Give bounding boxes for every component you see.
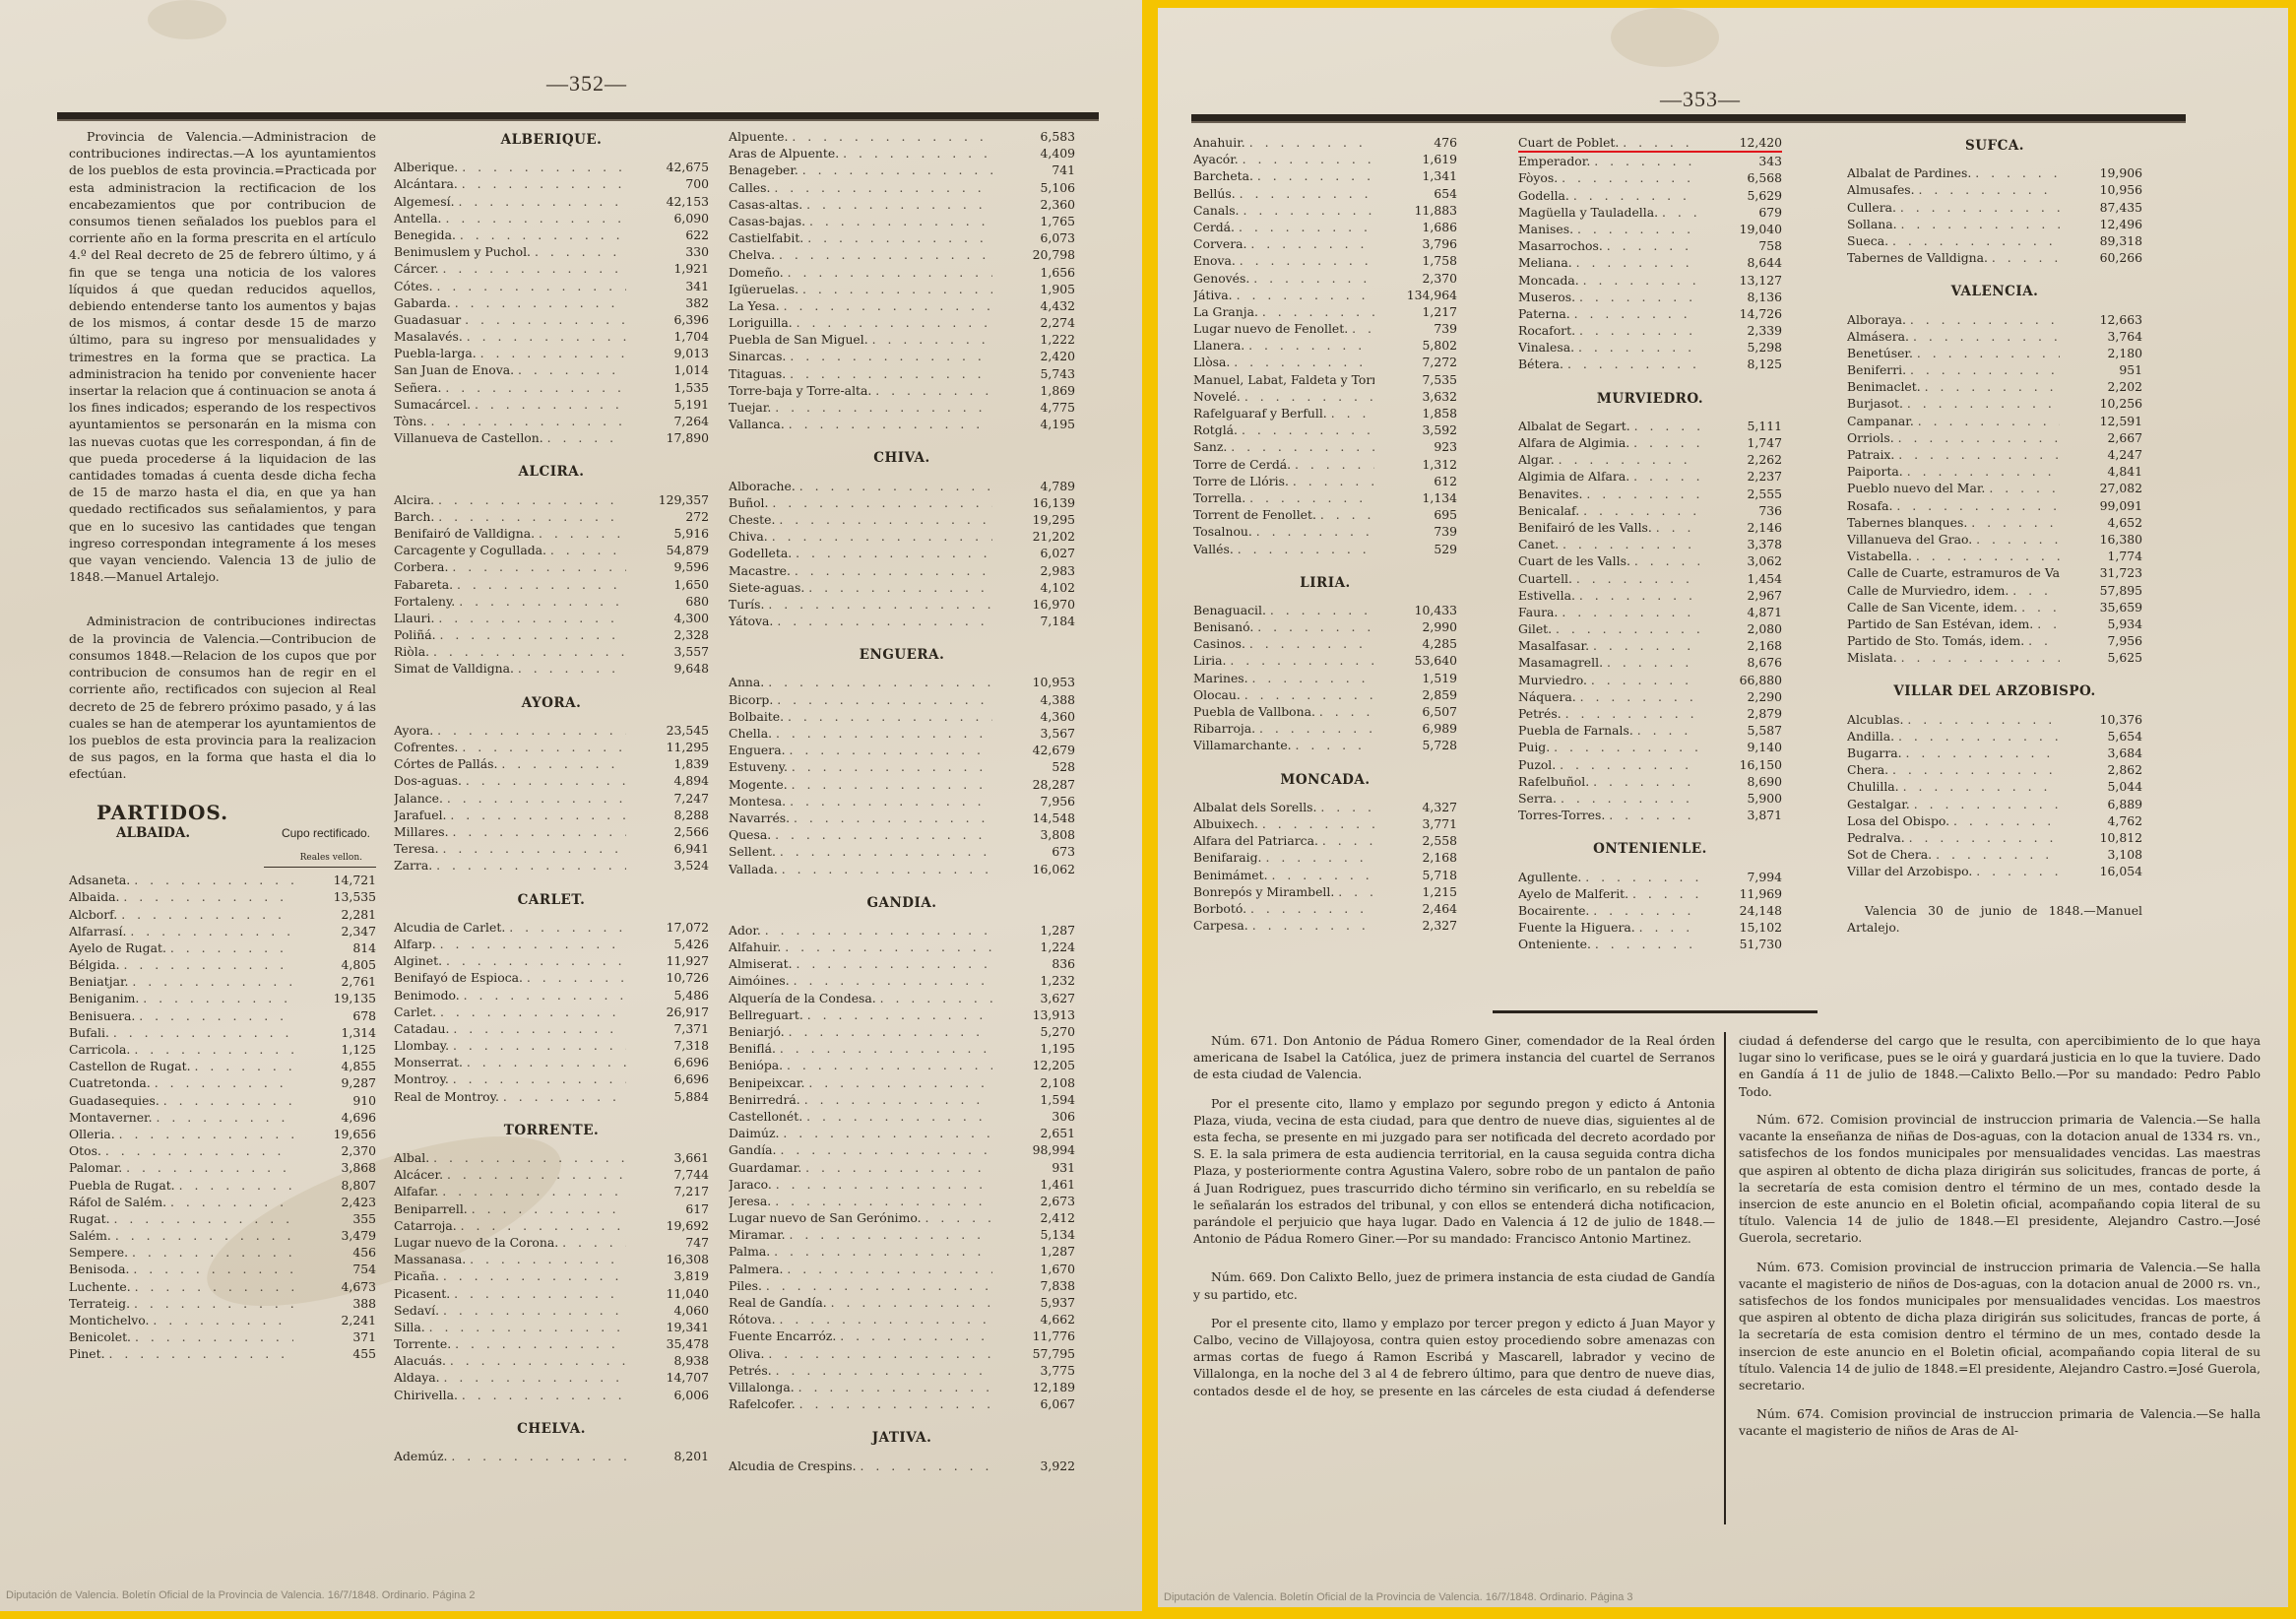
list-item: Bugarra. 3,684 [1847,745,2142,761]
list-item: Rosafa. 99,091 [1847,497,2142,514]
section-torrente: TORRENTE.Albal. 3,661Alcácer. 7,744Alfaf… [394,1123,709,1417]
list-item: Calle de Murviedro, idem. 57,895 [1847,582,2142,599]
cupo-value: 5,426 [626,936,709,952]
cupo-value: 42,675 [626,159,709,175]
town-name: Puebla de San Miguel. [729,331,992,348]
cupo-value: 2,339 [1699,322,1782,339]
list-item: Beniarjó. 5,270 [729,1023,1075,1040]
town-name: La Yesa. [729,297,992,314]
town-name: Onteniente. [1518,936,1699,952]
list-item: Palmera. 1,670 [729,1261,1075,1277]
list-item: Museros. 8,136 [1518,289,1782,305]
list-item: Simat de Valldigna. 9,648 [394,660,709,677]
list-item: Torre de Llóris. 612 [1193,473,1457,489]
town-name: Ayacór. [1193,151,1374,167]
town-name: Petrés. [729,1362,992,1379]
section-alcira: ALCIRA.Alcira. 129,357Barch. 272Benifair… [394,464,709,690]
town-name: Canet. [1518,536,1699,552]
list-item: Alpuente. 6,583 [729,128,1075,145]
cupo-value: 99,091 [2060,497,2142,514]
cupo-value: 12,205 [992,1057,1075,1073]
cupo-value: 2,180 [2060,345,2142,361]
town-name: Alcudia de Carlet. [394,919,626,936]
list-item: Massanasa. 16,308 [394,1251,709,1267]
cupo-value: 1,656 [992,264,1075,281]
town-name: Bellreguart. [729,1006,992,1023]
town-name: Godelleta. [729,545,992,561]
town-name: Benirredrá. [729,1091,992,1108]
list-item: Fòyos. 6,568 [1518,169,1782,186]
town-name: Piles. [729,1277,992,1294]
cupo-value: 1,704 [626,328,709,345]
town-name: Vallada. [729,861,992,877]
list-item: Cárcer. 1,921 [394,260,709,277]
cupo-value: 5,916 [626,525,709,542]
town-name: Dos-aguas. [394,772,626,789]
town-name: Chelva. [729,246,992,263]
list-item: Turís. 16,970 [729,596,1075,613]
town-name: Salém. [69,1227,293,1244]
list-item: Partido de San Estévan, idem. 5,934 [1847,615,2142,632]
cupo-value: 24,148 [1699,902,1782,919]
list-item: Castellon de Rugat. 4,855 [69,1058,376,1074]
town-name: Alboraya. [1847,311,2060,328]
cupo-value: 16,139 [992,494,1075,511]
town-name: Masamagrell. [1518,654,1699,671]
cupo-value: 3,592 [1374,421,1457,438]
list-item: Beniflá. 1,195 [729,1040,1075,1057]
cupo-value: 741 [992,162,1075,178]
cupo-value: 10,256 [2060,395,2142,412]
cupo-value: 19,692 [626,1217,709,1234]
town-name: Buñol. [729,494,992,511]
section-title: CHELVA. [394,1421,709,1438]
cupo-value: 2,290 [1699,688,1782,705]
town-name: Corvera. [1193,235,1374,252]
list-item: Llanera. 5,802 [1193,337,1457,354]
town-name: Monserrat. [394,1054,626,1070]
town-name: Catarroja. [394,1217,626,1234]
list-item: Torrent de Fenollet. 695 [1193,506,1457,523]
section-chelva-b: Alpuente. 6,583Aras de Alpuente. 4,409Be… [729,128,1075,446]
list-item: Alfarp. 5,426 [394,936,709,952]
cupo-value: 3,632 [1374,388,1457,405]
town-name: Beniparrell. [394,1200,626,1217]
town-name: Estivella. [1518,587,1699,604]
cupo-value: 814 [293,939,376,956]
list-item: Sedaví. 4,060 [394,1302,709,1319]
list-item: Real de Montroy. 5,884 [394,1088,709,1105]
list-item: Bétera. 8,125 [1518,356,1782,372]
town-name: Paiporta. [1847,463,2060,480]
list-item: Alfara de Algimia. 1,747 [1518,434,1782,451]
cupo-value: 19,341 [626,1319,709,1335]
cupo-value: 19,040 [1699,221,1782,237]
town-name: Llauri. [394,610,626,626]
cupo-value: 3,062 [1699,552,1782,569]
town-name: Benageber. [729,162,992,178]
town-name: Alcácer. [394,1166,626,1183]
town-name: Alberique. [394,159,626,175]
list-item: Alcborf. 2,281 [69,906,376,923]
section-title: GANDIA. [729,895,1075,912]
cupo-value: 2,412 [992,1209,1075,1226]
cupo-value: 529 [1374,541,1457,557]
town-name: Anahuir. [1193,134,1374,151]
list-item: Llauri. 4,300 [394,610,709,626]
list-item: Benavites. 2,555 [1518,486,1782,502]
cupo-value: 5,937 [992,1294,1075,1311]
cupo-value: 9,648 [626,660,709,677]
list-item: San Juan de Enova. 1,014 [394,361,709,378]
list-item: Marines. 1,519 [1193,670,1457,686]
list-item: Paterna. 14,726 [1518,305,1782,322]
second-paragraph: Administracion de contribuciones indirec… [69,613,376,782]
cupo-value: 4,247 [2060,446,2142,463]
cupo-value: 2,274 [992,314,1075,331]
list-item: Chiva. 21,202 [729,528,1075,545]
town-name: Rotglá. [1193,421,1374,438]
town-name: Benipeixcar. [729,1074,992,1091]
cupo-value: 5,191 [626,396,709,413]
list-item: Guardamar. 931 [729,1159,1075,1176]
cupo-value: 5,111 [1699,418,1782,434]
list-item: Gandía. 98,994 [729,1141,1075,1158]
list-item: Benipeixcar. 2,108 [729,1074,1075,1091]
left-column-3: Alpuente. 6,583Aras de Alpuente. 4,409Be… [729,128,1075,1488]
notice-669-continuation: ciudad á defenderse del cargo que le res… [1739,1032,2261,1099]
section-title: ALCIRA. [394,464,709,481]
cupo-value: 5,718 [1374,867,1457,883]
cupo-value: 2,108 [992,1074,1075,1091]
town-name: Benifayó de Espioca. [394,969,626,986]
right-column-1: Anahuir. 476Ayacór. 1,619Barcheta. 1,341… [1193,134,1457,947]
list-item: Manises. 19,040 [1518,221,1782,237]
cupo-value: 57,795 [992,1345,1075,1362]
list-item: Adsaneta. 14,721 [69,872,376,888]
cupo-value: 4,388 [992,691,1075,708]
cupo-value: 5,629 [1699,187,1782,204]
cupo-value: 2,651 [992,1125,1075,1141]
cupo-value: 2,464 [1374,900,1457,917]
list-item: Teresa. 6,941 [394,840,709,857]
town-name: Mogente. [729,776,992,793]
town-name: Titaguas. [729,365,992,382]
list-item: Macastre. 2,983 [729,562,1075,579]
cupo-value: 8,690 [1699,773,1782,790]
cupo-value: 1,765 [992,213,1075,229]
section-title: ALBERIQUE. [394,132,709,149]
cupo-value: 931 [992,1159,1075,1176]
town-name: Adsaneta. [69,872,293,888]
town-name: Benifairó de Valldigna. [394,525,626,542]
list-item: Albaida. 13,535 [69,888,376,905]
cupo-value: 7,184 [992,613,1075,629]
town-name: Rosafa. [1847,497,2060,514]
town-name: Rótova. [729,1311,992,1328]
list-item: Montichelvo. 2,241 [69,1312,376,1328]
town-name: Cofrentes. [394,739,626,755]
list-item: Cótes. 341 [394,278,709,294]
town-name: Terrateig. [69,1295,293,1312]
town-name: Cuart de Poblet. [1518,134,1699,151]
town-name: Real de Montroy. [394,1088,626,1105]
cupo-value: 7,956 [2060,632,2142,649]
cupo-value: 8,938 [626,1352,709,1369]
list-item: Benimaclet. 2,202 [1847,378,2142,395]
cupo-value: 2,241 [293,1312,376,1328]
town-name: Burjasot. [1847,395,2060,412]
cupo-value: 10,956 [2060,181,2142,198]
cupo-value: 3,764 [2060,328,2142,345]
list-item: Pedralva. 10,812 [1847,829,2142,846]
cupo-value: 4,300 [626,610,709,626]
cupo-value: 5,625 [2060,649,2142,666]
town-name: Játiva. [1193,287,1374,303]
list-item: Señera. 1,535 [394,379,709,396]
list-item: Fortaleny. 680 [394,593,709,610]
list-item: Puebla-larga. 9,013 [394,345,709,361]
town-name: Albuixech. [1193,815,1374,832]
town-name: Picasent. [394,1285,626,1302]
section-jativa-b: Anahuir. 476Ayacór. 1,619Barcheta. 1,341… [1193,134,1457,571]
list-item: Chera. 2,862 [1847,761,2142,778]
town-name: Jaraco. [729,1176,992,1193]
cupo-value: 2,360 [992,196,1075,213]
cupo-value: 6,889 [2060,796,2142,812]
cupo-value: 1,535 [626,379,709,396]
town-name: Tabernes blanques. [1847,514,2060,531]
list-item: Petrés. 2,879 [1518,705,1782,722]
list-item: Daimúz. 2,651 [729,1125,1075,1141]
list-item: Millares. 2,566 [394,823,709,840]
cupo-value: 1,858 [1374,405,1457,421]
cupo-value: 343 [1699,153,1782,169]
cupo-value: 754 [293,1261,376,1277]
list-item: Oliva. 57,795 [729,1345,1075,1362]
cupo-value: 14,548 [992,809,1075,826]
list-item: Estivella. 2,967 [1518,587,1782,604]
list-item: Alfara del Patriarca. 2,558 [1193,832,1457,849]
town-name: Sellent. [729,843,992,860]
town-name: Torres-Torres. [1518,807,1699,823]
cupo-value: 2,370 [1374,270,1457,287]
cupo-value: 1,905 [992,281,1075,297]
list-item: Cerdá. 1,686 [1193,219,1457,235]
town-name: Pueblo nuevo del Mar. [1847,480,2060,496]
cupo-value: 10,376 [2060,711,2142,728]
town-name: Emperador. [1518,153,1699,169]
list-item: Sumacárcel. 5,191 [394,396,709,413]
town-name: Rugat. [69,1210,293,1227]
town-name: Benicalaf. [1518,502,1699,519]
town-name: Náquera. [1518,688,1699,705]
town-name: Almiserat. [729,955,992,972]
cupo-value: 9,140 [1699,739,1782,755]
cupo-value: 8,201 [626,1448,709,1464]
section-title: AYORA. [394,695,709,712]
list-item: Sanz. 923 [1193,438,1457,455]
cupo-value: 54,879 [626,542,709,558]
town-name: Antella. [394,210,626,227]
town-name: Alfarp. [394,936,626,952]
cupo-label: Cupo rectificado. [282,825,376,842]
cupo-value: 7,371 [626,1020,709,1037]
list-item: Ademúz. 8,201 [394,1448,709,1464]
town-name: Guadasuar [394,311,626,328]
units-label: Reales vellon. [264,850,376,868]
list-item: Cuartell. 1,454 [1518,570,1782,587]
cupo-value: 10,726 [626,969,709,986]
list-item: Sot de Chera. 3,108 [1847,846,2142,863]
cupo-value: 19,906 [2060,164,2142,181]
list-item: Beniferri. 951 [1847,361,2142,378]
left-column-1: Provincia de Valencia.—Administracion de… [69,128,376,1377]
town-name: Gandía. [729,1141,992,1158]
list-item: Miramar. 5,134 [729,1226,1075,1243]
list-item: Vallés. 529 [1193,541,1457,557]
list-item: Torrente. 35,478 [394,1335,709,1352]
cupo-value: 9,013 [626,345,709,361]
list-item: Mislata. 5,625 [1847,649,2142,666]
list-item: Pinet. 455 [69,1345,376,1362]
list-item: Carpesa. 2,327 [1193,917,1457,934]
town-name: Calle de San Vicente, idem. [1847,599,2060,615]
cupo-value: 923 [1374,438,1457,455]
cupo-value: 8,125 [1699,356,1782,372]
list-item: Córtes de Pallás. 1,839 [394,755,709,772]
page-footer: Diputación de Valencia. Boletín Oficial … [1164,1591,1633,1603]
town-name: Tuejar. [729,399,992,416]
town-name: Novelé. [1193,388,1374,405]
list-item: Castellonét. 306 [729,1108,1075,1125]
list-item: Benifairó de les Valls. 2,146 [1518,519,1782,536]
section-villar: VILLAR DEL ARZOBISPO.Alcublas. 10,376And… [1847,683,2142,893]
list-item: Canet. 3,378 [1518,536,1782,552]
list-item: Beniópa. 12,205 [729,1057,1075,1073]
town-name: Castellonét. [729,1108,992,1125]
town-name: Alacuás. [394,1352,626,1369]
notice-669-body: Por el presente cito, llamo y emplazo po… [1193,1315,1715,1399]
cupo-value: 6,696 [626,1054,709,1070]
list-item: Algimia de Alfara. 2,237 [1518,468,1782,485]
section-ayora: AYORA.Ayora. 23,545Cofrentes. 11,295Córt… [394,695,709,888]
cupo-value: 13,127 [1699,272,1782,289]
list-item: Sollana. 12,496 [1847,216,2142,232]
town-name: Beniganim. [69,990,293,1006]
town-name: Alfara del Patriarca. [1193,832,1374,849]
town-name: Tòns. [394,413,626,429]
cupo-value: 3,627 [992,990,1075,1006]
list-item: Vistabella. 1,774 [1847,548,2142,564]
cupo-value: 1,215 [1374,883,1457,900]
section-title: MONCADA. [1193,772,1457,789]
town-name: Patraix. [1847,446,2060,463]
town-name: Rocafort. [1518,322,1699,339]
town-name: Alcira. [394,491,626,508]
cupo-value: 4,789 [992,478,1075,494]
cupo-value: 8,807 [293,1177,376,1194]
town-name: Albalat dels Sorells. [1193,799,1374,815]
cupo-value: 2,555 [1699,486,1782,502]
town-name: Casas-altas. [729,196,992,213]
cupo-value: 5,106 [992,179,1075,196]
town-name: Bellús. [1193,185,1374,202]
cupo-value: 3,808 [992,826,1075,843]
town-name: Alginet. [394,952,626,969]
cupo-value: 1,454 [1699,570,1782,587]
cupo-value: 13,535 [293,888,376,905]
cupo-value: 89,318 [2060,232,2142,249]
list-item: Tabernes blanques. 4,652 [1847,514,2142,531]
cupo-value: 1,314 [293,1024,376,1041]
town-name: Aimóines. [729,972,992,989]
town-name: Algar. [1518,451,1699,468]
town-name: Cheste. [729,511,992,528]
list-item: La Granja. 1,217 [1193,303,1457,320]
town-name: Masalavés. [394,328,626,345]
right-column-2: Cuart de Poblet. 12,420Emperador. 343Fòy… [1518,134,1782,966]
list-item: Villanueva del Grao. 16,380 [1847,531,2142,548]
list-item: Villanueva de Castellon. 17,890 [394,429,709,446]
list-item: Enguera. 42,679 [729,742,1075,758]
list-item: Alboraya. 12,663 [1847,311,2142,328]
list-item: Benimámet. 5,718 [1193,867,1457,883]
list-item: Benaguacil. 10,433 [1193,602,1457,618]
cupo-value: 5,134 [992,1226,1075,1243]
town-name: Benisoda. [69,1261,293,1277]
cupo-value: 10,812 [2060,829,2142,846]
town-name: Gabarda. [394,294,626,311]
list-item: Pueblo nuevo del Mar. 27,082 [1847,480,2142,496]
town-name: Beniatjar. [69,973,293,990]
list-item: Alfarrasí. 2,347 [69,923,376,939]
list-item: Burjasot. 10,256 [1847,395,2142,412]
divider-rule [1493,1010,1818,1013]
cupo-value: 5,486 [626,987,709,1004]
town-name: Sollana. [1847,216,2060,232]
list-item: Montroy. 6,696 [394,1070,709,1087]
list-item: Alacuás. 8,938 [394,1352,709,1369]
table-header: ALBAIDA. Cupo rectificado. [69,825,376,842]
cupo-value: 4,409 [992,145,1075,162]
cupo-value: 6,073 [992,229,1075,246]
list-item: Agullente. 7,994 [1518,869,1782,885]
section-sueca: SUFCA.Albalat de Pardines. 19,906Almusaf… [1847,138,2142,280]
list-item: Almiserat. 836 [729,955,1075,972]
list-item: Onteniente. 51,730 [1518,936,1782,952]
town-name: Loriguilla. [729,314,992,331]
town-name: Torre de Llóris. [1193,473,1374,489]
cupo-value: 5,298 [1699,339,1782,356]
town-name: Fortaleny. [394,593,626,610]
town-name: Palmera. [729,1261,992,1277]
section-title: VALENCIA. [1847,284,2142,300]
cupo-value: 617 [626,1200,709,1217]
list-item: Yátova. 7,184 [729,613,1075,629]
town-name: Alcántara. [394,175,626,192]
town-name: Benimodo. [394,987,626,1004]
section-carlet: CARLET.Alcudia de Carlet. 17,072Alfarp. … [394,892,709,1119]
cupo-value: 14,707 [626,1369,709,1386]
cupo-value: 6,006 [626,1387,709,1403]
town-name: Aras de Alpuente. [729,145,992,162]
town-name: Rafelcofer. [729,1395,992,1412]
list-item: Benimuslem y Puchol. 330 [394,243,709,260]
cupo-value: 2,862 [2060,761,2142,778]
town-name: Jeresa. [729,1193,992,1209]
cupo-value: 3,479 [293,1227,376,1244]
